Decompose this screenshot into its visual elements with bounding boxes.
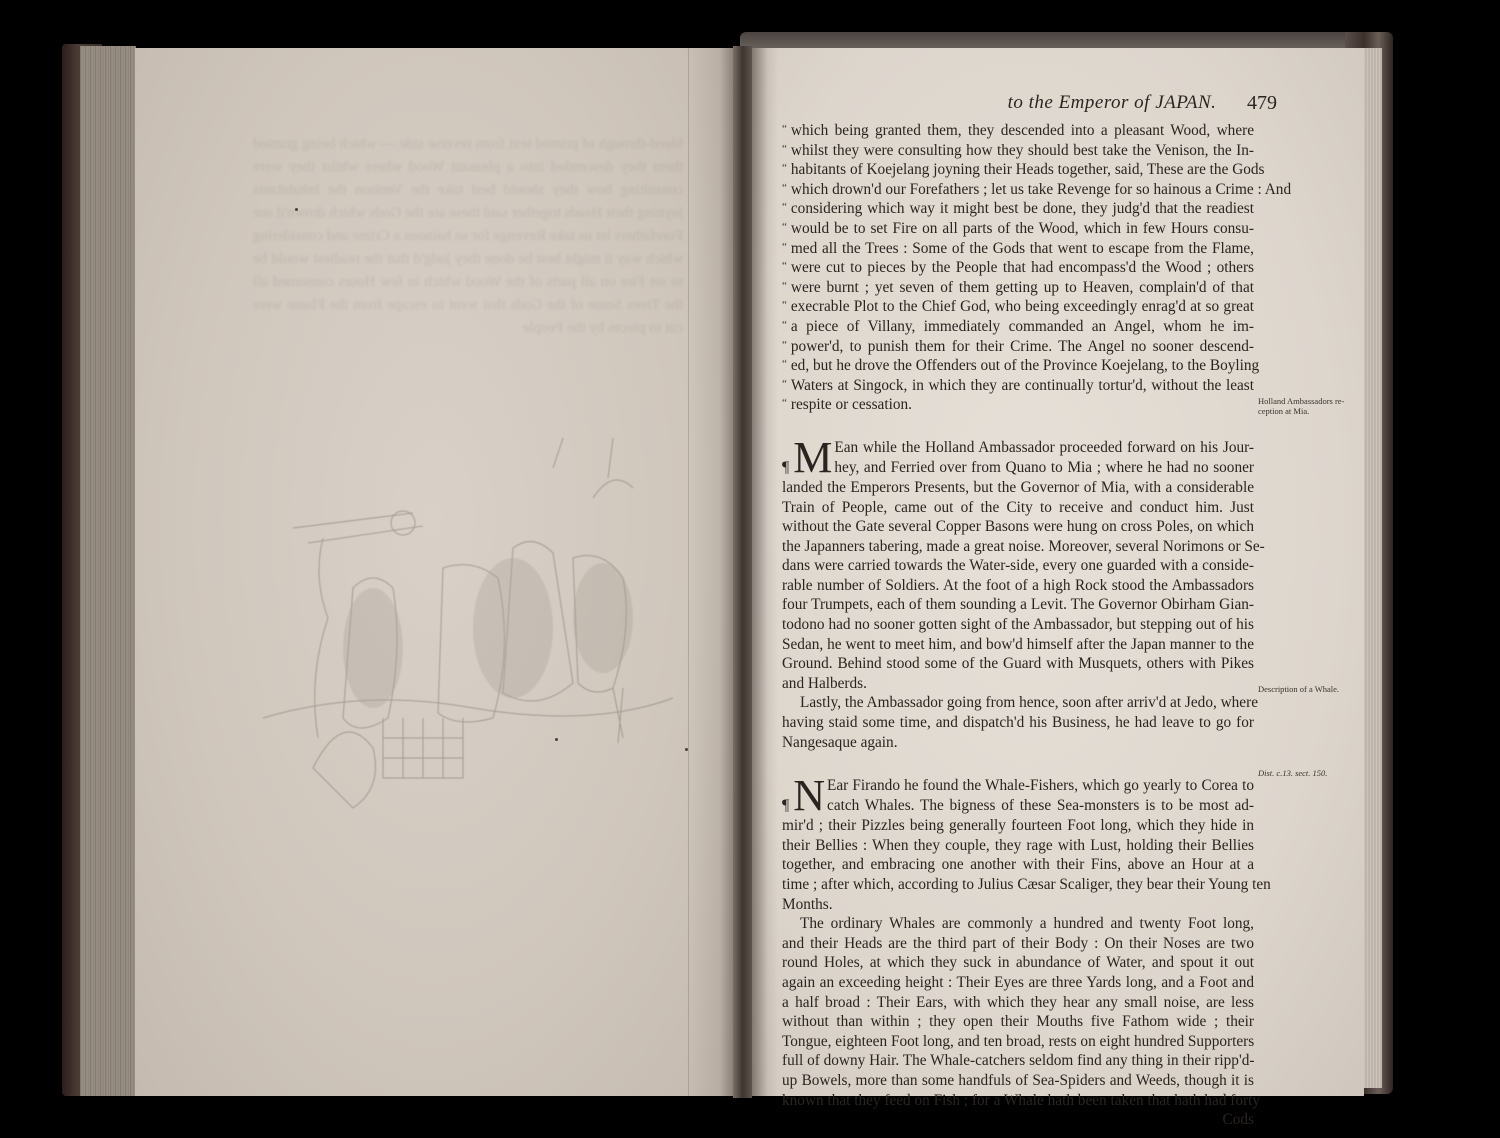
text-line: Train of People, came out of the City to… (782, 498, 1254, 518)
engraving-illustration (253, 418, 683, 918)
text-line: their Bellies : When they couple, they r… (782, 836, 1254, 856)
drop-cap: ¶M (782, 440, 832, 478)
text-line: full of downy Hair. The Whale-catchers s… (782, 1051, 1254, 1071)
gutter-shadow-left (688, 48, 733, 1096)
text-line: Ean while the Holland Ambassador proceed… (782, 438, 1254, 458)
gutter-shadow-right (752, 48, 778, 1096)
text-line: dans were carried towards the Water-side… (782, 556, 1254, 576)
paragraph-ambassador: ¶M Ean while the Holland Ambassador proc… (782, 438, 1254, 752)
text-line: “power'd, to punish them for their Crime… (782, 336, 1254, 356)
foxing-spot (685, 748, 688, 751)
foxing-spot (555, 738, 558, 741)
marginal-note-line: Holland Ambassadors re- (1258, 396, 1368, 406)
text-line: The ordinary Whales are commonly a hundr… (782, 914, 1254, 934)
engraved-plate: bleed-through of printed text from rever… (253, 88, 691, 1048)
text-line: “a piece of Villany, immediately command… (782, 316, 1254, 336)
paragraph-whales: ¶N Ear Firando he found the Whale-Fisher… (782, 776, 1254, 1130)
running-head: to the Emperor of JAPAN. (952, 92, 1272, 114)
book-spine-gutter (733, 46, 752, 1098)
left-page: bleed-through of printed text from rever… (135, 48, 733, 1096)
text-line: “were burnt ; yet seven of them getting … (782, 277, 1254, 297)
text-line: “respite or cessation. (782, 394, 1254, 414)
text-line: together, and embracing one another with… (782, 855, 1254, 875)
foxing-spot (295, 208, 298, 211)
page-number: 479 (1247, 92, 1277, 115)
text-line: round Holes, at which they suck in abund… (782, 953, 1254, 973)
pilcrow-icon: ¶ (782, 459, 789, 476)
text-line: four Trumpets, each of them sounding a L… (782, 595, 1254, 615)
text-line: Months. (782, 895, 1254, 915)
marginal-note-whale: Description of a Whale. (1258, 684, 1368, 694)
text-line: again an exceeding height : Their Eyes a… (782, 973, 1254, 993)
pilcrow-icon: ¶ (782, 797, 789, 814)
text-line: Ground. Behind stood some of the Guard w… (782, 654, 1254, 674)
text-line: “were cut to pieces by the People that h… (782, 257, 1254, 277)
text-line: having staid some time, and dispatch'd h… (782, 713, 1254, 733)
text-line: “med all the Trees : Some of the Gods th… (782, 238, 1254, 258)
text-line: “which being granted them, they descende… (782, 120, 1254, 140)
text-line: and their Heads are the third part of th… (782, 934, 1254, 954)
text-line: mir'd ; their Pizzles being generally fo… (782, 816, 1254, 836)
catchword: Cods (782, 1110, 1254, 1130)
text-line: “execrable Plot to the Chief God, who be… (782, 296, 1254, 316)
text-line: landed the Emperors Presents, but the Go… (782, 478, 1254, 498)
text-line: “habitants of Koejelang joyning their He… (782, 159, 1254, 179)
marginal-note-reception: Holland Ambassadors re- ception at Mia. (1258, 396, 1368, 416)
text-block: “which being granted them, they descende… (782, 120, 1254, 1130)
text-line: known that they feed on Fish ; for a Wha… (782, 1091, 1254, 1111)
text-line: rable number of Soldiers. At the foot of… (782, 576, 1254, 596)
text-line: Lastly, the Ambassador going from hence,… (782, 693, 1254, 713)
text-line: todono had no sooner gotten sight of the… (782, 615, 1254, 635)
quoted-passage: “which being granted them, they descende… (782, 120, 1254, 414)
text-line: “whilst they were consulting how they sh… (782, 140, 1254, 160)
text-line: Nangesaque again. (782, 733, 1254, 753)
text-line: a half broad : Their Ears, with which th… (782, 993, 1254, 1013)
text-line: without the Gate several Copper Basons w… (782, 517, 1254, 537)
marginal-note-line: ception at Mia. (1258, 406, 1368, 416)
text-line: time ; after which, according to Julius … (782, 875, 1254, 895)
text-line: “considering which way it might best be … (782, 198, 1254, 218)
text-line: Sedan, he went to meet him, and bow'd hi… (782, 635, 1254, 655)
marginal-note-citation: Dist. c.13. sect. 150. (1258, 768, 1368, 778)
text-line: Ear Firando he found the Whale-Fishers, … (782, 776, 1254, 796)
page-block-edge-left (80, 46, 136, 1096)
bleed-through-text: bleed-through of printed text from rever… (253, 133, 683, 340)
text-line: “Waters at Singock, in which they are co… (782, 375, 1254, 395)
text-line: “ed, but he drove the Offenders out of t… (782, 355, 1254, 375)
text-line: without than within ; they open their Mo… (782, 1012, 1254, 1032)
text-line: hey, and Ferried over from Quano to Mia … (782, 458, 1254, 478)
text-line: “would be to set Fire on all parts of th… (782, 218, 1254, 238)
text-line: catch Whales. The bigness of these Sea-m… (782, 796, 1254, 816)
text-line: up Bowels, more than some handfuls of Se… (782, 1071, 1254, 1091)
text-line: Tongue, eighteen Foot long, and ten broa… (782, 1032, 1254, 1052)
right-page: to the Emperor of JAPAN. 479 “which bein… (752, 48, 1364, 1096)
text-line: “which drown'd our Forefathers ; let us … (782, 179, 1254, 199)
text-line: and Halberds. (782, 674, 1254, 694)
text-line: the Japanners tabering, made a great noi… (782, 537, 1254, 557)
drop-cap: ¶N (782, 778, 825, 816)
